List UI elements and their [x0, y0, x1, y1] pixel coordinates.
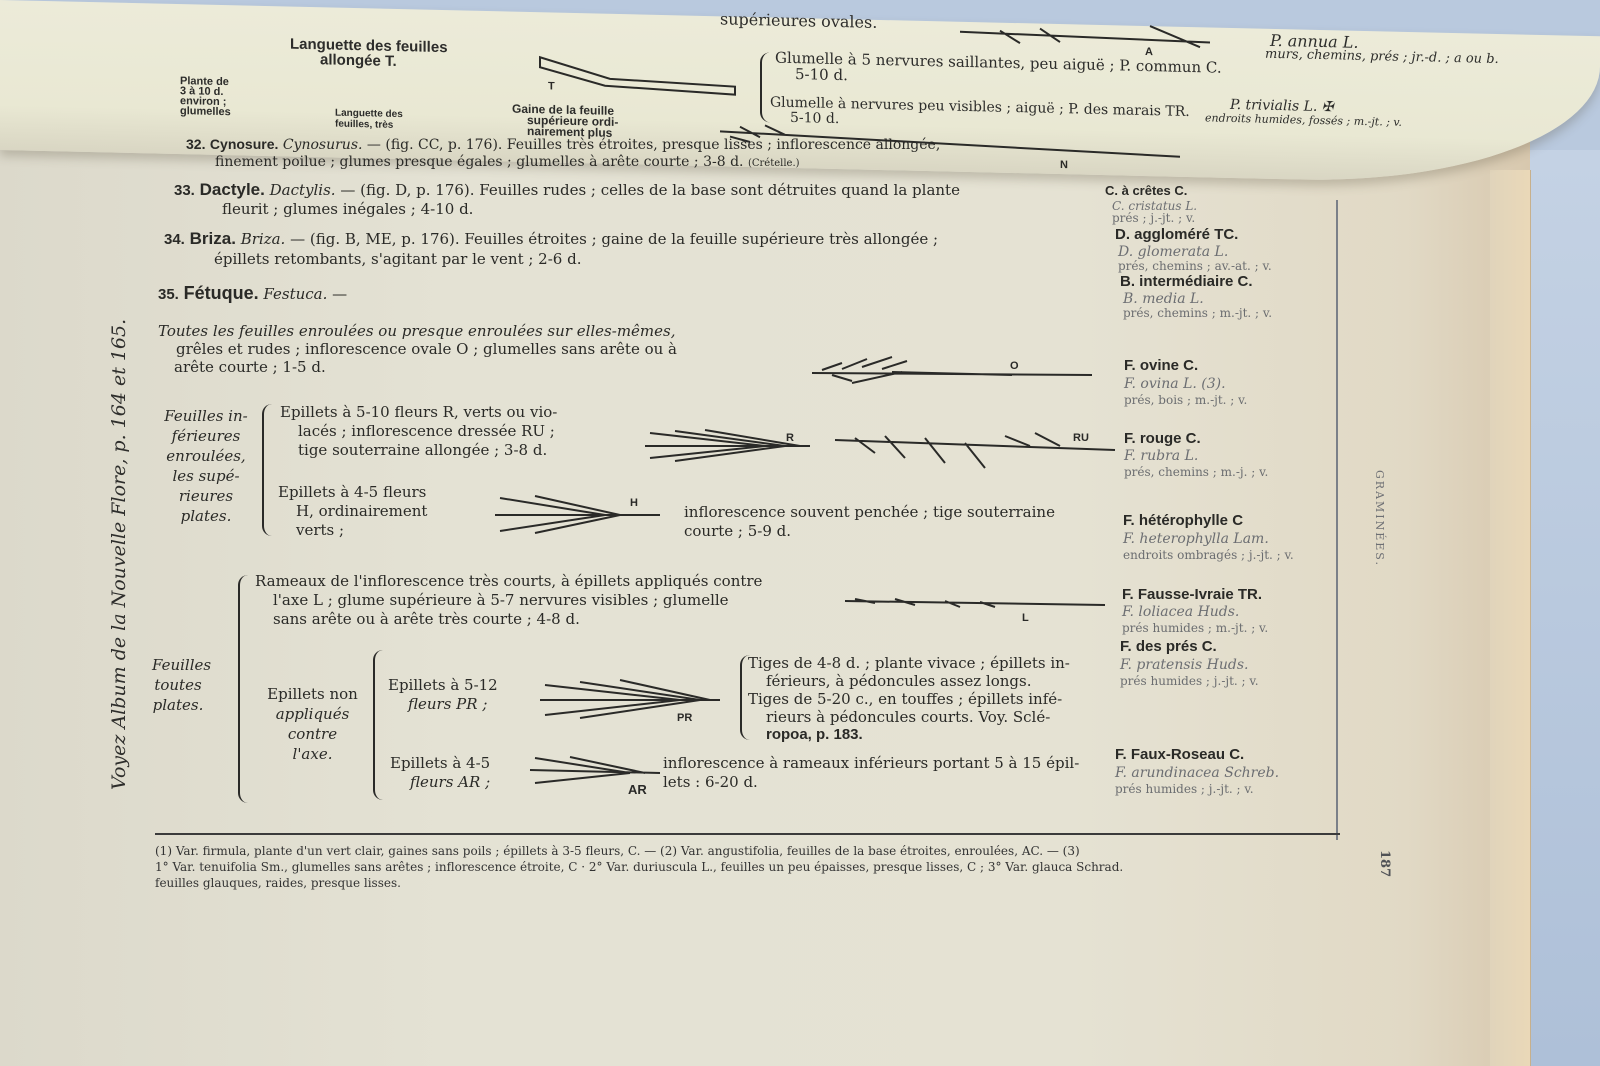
fig-inflorescence-A — [960, 22, 1210, 58]
footnotes: (1) Var. firmula, plante d'un vert clair… — [155, 843, 1123, 891]
footnote-rule — [155, 833, 1340, 835]
species-f-faux-roseau-habitat: prés humides ; j.-jt. ; v. — [1115, 782, 1254, 796]
species-f-des-pres: F. des prés C. — [1120, 638, 1217, 656]
species-f-arundinacea: F. arundinacea Schreb. — [1115, 764, 1279, 782]
genus-34: 34. Briza. Briza. — (fig. B, ME, p. 176)… — [164, 230, 938, 249]
column-rule — [1336, 200, 1338, 840]
fig-label-R: R — [786, 432, 794, 444]
fig-label-A: A — [1145, 46, 1153, 58]
genus-34-cont: épillets retombants, s'agitant par le ve… — [214, 250, 581, 268]
key-pr-b: Tiges de 5-20 c., en touffes ; épillets … — [748, 690, 1062, 744]
fig-label-L: L — [1022, 612, 1029, 624]
species-f-heterophylle-habitat: endroits ombragés ; j.-jt. ; v. — [1123, 548, 1294, 562]
species-f-rouge-habitat: prés, chemins ; m.-j. ; v. — [1124, 465, 1268, 479]
species-f-pratensis: F. pratensis Huds. — [1120, 656, 1248, 674]
group-all-flat: Feuillestoutesplates. — [152, 655, 204, 715]
species-b-habitat: prés, chemins ; m.-jt. ; v. — [1123, 306, 1272, 320]
species-f-ovine-habitat: prés, bois ; m.-jt. ; v. — [1124, 393, 1247, 407]
species-f-ovine: F. ovine C. — [1124, 357, 1198, 375]
species-f-fausse-ivraie: F. Fausse-Ivraie TR. — [1122, 586, 1262, 604]
fig-label-O: O — [1010, 360, 1019, 372]
genus-33-cont: fleurit ; glumes inégales ; 4-10 d. — [222, 200, 473, 218]
fig-spikelet-AR — [530, 755, 660, 785]
key-opt-H: Epillets à 4-5 fleurs H, ordinairement v… — [278, 483, 427, 540]
species-f-rubra: F. rubra L. — [1124, 447, 1198, 465]
fold-languette-short: Languette desfeuilles, très — [335, 108, 403, 132]
page-edge — [1490, 170, 1531, 1066]
fig-inflorescence-O — [812, 355, 1102, 385]
fold-top-fragment: supérieures ovales. — [720, 12, 877, 30]
genus-32: 32. Cynosure. Cynosurus. — (fig. CC, p. … — [186, 135, 940, 154]
fig-inflorescence-L — [845, 595, 1105, 615]
species-d-habitat: prés, chemins ; av.-at. ; v. — [1118, 259, 1272, 273]
fig-label-AR: AR — [628, 782, 647, 797]
species-f-rouge: F. rouge C. — [1124, 430, 1201, 448]
species-f-heterophylla: F. heterophylla Lam. — [1123, 530, 1269, 548]
genus-33: 33. Dactyle. Dactylis. — (fig. D, p. 176… — [174, 181, 960, 200]
key-opt-H-cont: inflorescence souvent penchée ; tige sou… — [684, 503, 1055, 541]
fig-spikelet-PR — [540, 680, 720, 720]
species-d-agglomere: D. aggloméré TC. — [1115, 226, 1238, 244]
species-b-intermediaire: B. intermédiaire C. — [1120, 273, 1253, 291]
species-f-faux-roseau: F. Faux-Roseau C. — [1115, 746, 1244, 764]
genus-35: 35. Fétuque. Festuca. — — [158, 284, 347, 304]
fig-label-N: N — [1060, 159, 1068, 171]
key-pr-a: Tiges de 4-8 d. ; plante vivace ; épille… — [748, 654, 1070, 690]
fig-label-PR: PR — [677, 712, 692, 724]
key-opt-PR: Epillets à 5-12 fleurs PR ; — [388, 676, 498, 714]
key-opt-L: Rameaux de l'inflorescence très courts, … — [255, 572, 762, 629]
fold-trivialis: P. trivialis L. ✠ endroits humides, foss… — [1230, 98, 1402, 130]
key-all-rolled: Toutes les feuilles enroulées ou presque… — [158, 322, 677, 376]
species-f-loliacea: F. loliacea Huds. — [1122, 603, 1239, 621]
group-not-applied: Epillets non appliqués contre l'axe. — [255, 684, 370, 764]
fold-annua: P. annua L. murs, chemins, prés ; jr.-d.… — [1270, 34, 1499, 67]
species-f-fausse-ivraie-habitat: prés humides ; m.-jt. ; v. — [1122, 621, 1268, 635]
fold-plant-note: Plante de3 à 10 d.environ ;glumelles — [180, 76, 231, 117]
species-c-habitat: prés ; j.-jt. ; v. — [1112, 211, 1195, 225]
species-f-heterophylle: F. hétérophylle C — [1123, 512, 1243, 530]
running-head: GRAMINÉES. — [1373, 470, 1386, 567]
fig-label-RU: RU — [1073, 432, 1089, 444]
fold-gaine: Gaine de la feuillesupérieure ordi-naire… — [512, 104, 618, 139]
group-lower-rolled: Feuilles in-férieuresenroulées,les supé-… — [152, 406, 260, 526]
genus-32-cont: finement poilue ; glumes presque égales … — [215, 153, 800, 173]
key-opt-AR-cont: inflorescence à rameaux inférieurs porta… — [663, 754, 1079, 792]
key-opt-AR: Epillets à 4-5 fleurs AR ; — [390, 754, 490, 792]
fig-label-H: H — [630, 497, 638, 509]
fig-languette-T — [540, 52, 740, 97]
fig-label-T: T — [548, 80, 555, 92]
species-f-ovina: F. ovina L. (3). — [1124, 375, 1226, 393]
key-opt-R: Epillets à 5-10 fleurs R, verts ou vio- … — [280, 403, 557, 460]
page-number: 187 — [1377, 850, 1392, 877]
fold-languette-long: Languette des feuillesallongée T. — [290, 37, 448, 71]
species-f-des-pres-habitat: prés humides ; j.-jt. ; v. — [1120, 674, 1259, 688]
side-note-album: Voyez Album de la Nouvelle Flore, p. 164… — [108, 319, 130, 790]
